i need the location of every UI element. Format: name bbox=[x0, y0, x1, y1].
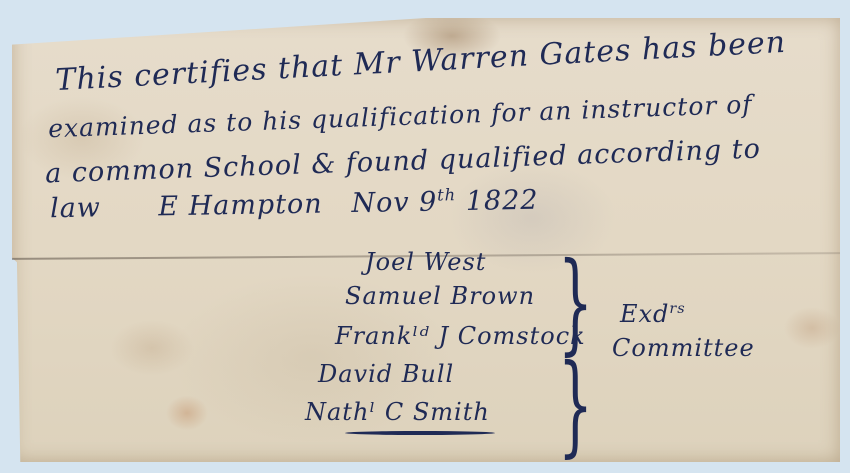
date-day: 9 bbox=[419, 187, 438, 218]
committee-abbrev-text: Exd bbox=[620, 300, 669, 328]
signature-flourish bbox=[345, 431, 495, 435]
signature-5: Nathˡ C Smith bbox=[305, 398, 490, 426]
brace-icon: } bbox=[558, 340, 594, 468]
signature-1: Joel West bbox=[365, 248, 486, 276]
signature-3: Frankˡᵈ J Comstock bbox=[335, 322, 586, 350]
committee-title: Committee bbox=[612, 334, 755, 362]
signature-4: David Bull bbox=[318, 360, 454, 388]
signature-2: Samuel Brown bbox=[345, 282, 535, 310]
place: E Hampton bbox=[158, 189, 323, 223]
committee-abbrev-suffix: rs bbox=[669, 301, 685, 317]
body-line-4: law bbox=[50, 192, 101, 224]
committee-abbrev: Exdrs bbox=[620, 300, 686, 328]
date-day-suffix: th bbox=[437, 185, 456, 204]
date-year: 1822 bbox=[466, 185, 539, 217]
date-month: Nov bbox=[351, 187, 410, 219]
